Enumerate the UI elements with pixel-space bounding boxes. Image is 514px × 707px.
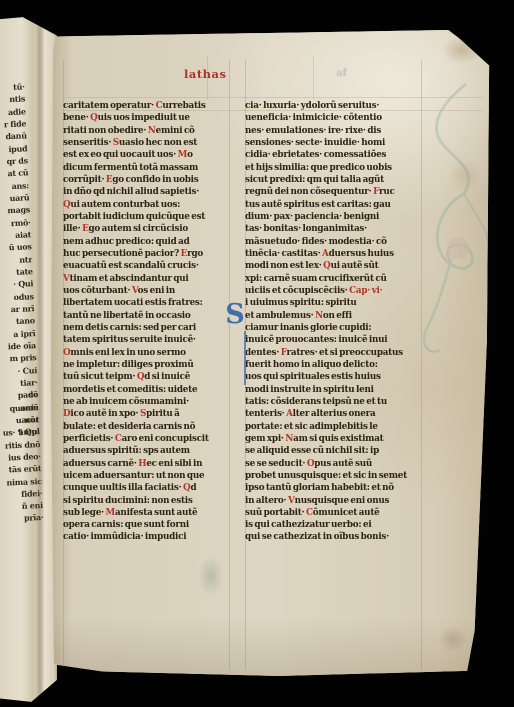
text-line: ciamur inanis glorie cupidi:	[245, 322, 422, 334]
ruling-line	[229, 60, 230, 670]
text-line: bene· Quis uos impediuit ue	[63, 112, 229, 124]
text-segment: tantũ ne libertatẽ in occasio	[63, 311, 190, 321]
text-segment: et hijs similia: que predico uobis	[245, 163, 392, 173]
text-segment: huc persecutionẽ pacior?	[63, 249, 181, 259]
text-segment: N	[148, 126, 156, 136]
text-segment: d si inuicẽ	[144, 372, 190, 382]
text-segment: modi instruite in spiritu leni	[245, 385, 374, 395]
text-segment: ille·	[63, 224, 82, 234]
text-line: Qui autem conturbat uos:	[63, 199, 229, 211]
text-segment: ciamur inanis glorie cupidi:	[245, 323, 371, 333]
text-segment: in altero·	[245, 496, 288, 506]
text-segment: ui autẽ sũt	[331, 261, 379, 271]
text-line: fuerit homo in aliquo delicto:	[245, 359, 422, 371]
text-segment: qui se cathezizat in oĩbus bonis·	[245, 532, 389, 542]
text-segment: tas· bonitas· longanimitas·	[245, 224, 367, 234]
text-line: is qui cathezizatur uerbo: ei	[245, 519, 422, 531]
text-line: si spiritu ducimini: non estis	[63, 495, 229, 507]
text-segment: Q	[323, 261, 330, 271]
text-line: libertatem uocati estis fratres:	[63, 297, 229, 309]
text-line: portabit iudicium quicũque est	[63, 211, 229, 223]
text-line: gem xpi· Nam si quis existimat	[245, 433, 422, 445]
text-line: cidia· ebrietates· comessatiões	[245, 149, 422, 161]
text-segment: uis uos impediuit ue	[98, 113, 190, 123]
text-line: portate: et sic adimplebitis le	[245, 421, 422, 433]
text-line: in dño qd nichil aliud sapietis·	[63, 186, 229, 198]
page-curl-shadow	[35, 15, 45, 704]
text-line: aduersus carnẽ· Hec eni sibi in	[63, 458, 229, 470]
text-line: est ex eo qui uocauit uos· Mo	[63, 149, 229, 161]
facing-text-fragment: m pris	[0, 351, 37, 365]
text-segment: go confido in uobis	[112, 175, 198, 185]
text-segment: portabit iudicium quicũque est	[63, 212, 205, 222]
text-line: tinẽcia· castitas· Aduersus huius	[245, 248, 422, 260]
text-segment: Cap· vi·	[349, 286, 382, 296]
text-segment: uos qui spirituales estis huius	[245, 372, 381, 382]
text-segment: urrebatis	[162, 101, 205, 111]
text-line: uiciis et cõcupiscẽciis· Cap· vi·	[245, 285, 422, 297]
text-segment: se aliquid esse cũ nichil sit: ip	[245, 446, 379, 456]
text-segment: mnis eni lex in uno sermo	[70, 348, 185, 358]
text-line: dium· pax· paciencia· benigni	[245, 211, 422, 223]
text-segment: corrũpit·	[63, 175, 106, 185]
text-line: dentes· Fratres· et si preoccupatus	[245, 347, 422, 359]
text-segment: dium· pax· paciencia· benigni	[245, 212, 379, 222]
text-line: Omnis eni lex in uno sermo	[63, 347, 229, 359]
text-segment: lter alterius onera	[293, 409, 376, 419]
text-line: i uiuimus spiritu: spiritu	[245, 297, 422, 309]
text-line: caritatem operatur· Currebatis	[63, 100, 229, 112]
text-line: sensiones· secte· inuidie· homi	[245, 137, 422, 149]
text-segment: ratres· et si preoccupatus	[287, 348, 403, 358]
text-segment: caritatem operatur·	[63, 101, 156, 111]
text-line: tatem spiritus seruite inuicẽ·	[63, 334, 229, 346]
text-column-right: cia· luxuria· ydolorũ seruitus·ueneficia…	[245, 100, 422, 544]
text-segment: probet unusquisque: et sic in semet	[245, 471, 407, 481]
text-segment: ruc	[379, 187, 395, 197]
text-segment: aduersus carnẽ·	[63, 459, 138, 469]
manuscript-page: lathas af caritatem operatur· Currebatis…	[50, 30, 490, 676]
text-segment: cia· luxuria· ydolorũ seruitus·	[245, 101, 379, 111]
text-segment: anifesta sunt autẽ	[115, 508, 197, 518]
facing-page-edge: tū·ntisadier fidedanūipudqr dsat cūans:u…	[0, 15, 57, 704]
text-segment: perficietis·	[63, 434, 115, 444]
text-segment: cidia· ebrietates· comessatiões	[245, 150, 386, 160]
text-line: Dico autẽ in xpo· Spiritu ã	[63, 408, 229, 420]
text-line: et hijs similia: que predico uobis	[245, 162, 422, 174]
text-line: sub lege· Manifesta sunt autẽ	[63, 507, 229, 519]
text-segment: sensiones· secte· inuidie· homi	[245, 138, 385, 148]
text-line: nes· emulationes· ire· rixe· dis	[245, 125, 422, 137]
facing-text-fragment: ū uos	[0, 240, 32, 254]
text-segment: C	[115, 434, 122, 444]
text-line: ille· Ego autem si circũcisio	[63, 223, 229, 235]
text-segment: nes· emulationes· ire· rixe· dis	[245, 126, 381, 136]
text-segment: i uiuimus spiritu: spiritu	[245, 298, 357, 308]
text-line: tantũ ne libertatẽ in occasio	[63, 310, 229, 322]
text-segment: ritati non obedire·	[63, 126, 148, 136]
text-line: perficietis· Caro eni concupiscit	[63, 433, 229, 445]
text-line: cunque uultis illa faciatis· Qd	[63, 482, 229, 494]
text-segment: et ambulemus·	[245, 311, 315, 321]
text-segment: gem xpi·	[245, 434, 285, 444]
text-line: inuicẽ prouocantes: inuicẽ inui	[245, 334, 422, 346]
text-segment: nem detis carnis: sed per cari	[63, 323, 196, 333]
text-line: tuũ sicut teipm· Qd si inuicẽ	[63, 371, 229, 383]
text-segment: piritu ã	[146, 409, 180, 419]
text-line: nem adhuc predico: quid ad	[63, 236, 229, 248]
text-segment: M	[178, 150, 188, 160]
page-bottom-shadow	[50, 616, 490, 676]
text-segment: o	[187, 150, 193, 160]
text-line: ne ab inuicem cõsumamini·	[63, 396, 229, 408]
text-segment: V	[288, 496, 295, 506]
text-segment: tinam et abscindantur qui	[70, 274, 189, 284]
text-segment: nusquisque eni onus	[295, 496, 390, 506]
text-line: uicem aduersantur: ut non que	[63, 470, 229, 482]
text-segment: aro eni concupiscit	[122, 434, 209, 444]
text-segment: V	[63, 274, 70, 284]
text-segment: d	[190, 483, 196, 493]
text-segment: M	[105, 508, 115, 518]
text-line: probet unusquisque: et sic in semet	[245, 470, 422, 482]
text-segment: A	[322, 249, 329, 259]
text-segment: modi non est lex·	[245, 261, 323, 271]
running-title: lathas	[184, 67, 226, 81]
text-segment: xpi: carnẽ suam crucifixerũt cũ	[245, 274, 387, 284]
text-segment: uasio hec non est	[119, 138, 197, 148]
text-segment: fuerit homo in aliquo delicto:	[245, 360, 378, 370]
text-segment: mordetis et comeditis: uidete	[63, 385, 197, 395]
text-line: in altero· Vnusquisque eni onus	[245, 495, 422, 507]
text-line: uos qui spirituales estis huius	[245, 371, 422, 383]
text-line: nem detis carnis: sed per cari	[63, 322, 229, 334]
text-segment: tatem spiritus seruite inuicẽ·	[63, 335, 196, 345]
parchment-stain	[442, 36, 482, 64]
facing-text-fragment: · Qui	[0, 277, 33, 291]
text-segment: ec eni sibi in	[146, 459, 202, 469]
text-segment: tus autẽ spiritus est caritas: gau	[245, 200, 391, 210]
initial-flourish-tail	[244, 331, 246, 385]
text-line: mãsuetudo· fides· modestia· cõ	[245, 236, 422, 248]
text-segment: õmunicet autẽ	[313, 508, 380, 518]
ruling-line	[313, 56, 314, 100]
text-segment: ui autem conturbat uos:	[70, 200, 180, 210]
text-segment: bene·	[63, 113, 90, 123]
text-segment: rgo	[187, 249, 203, 259]
text-segment: uiciis et cõcupiscẽciis·	[245, 286, 349, 296]
text-segment: tuũ sicut teipm·	[63, 372, 137, 382]
text-segment: euacuatũ est scandalũ crucis·	[63, 261, 199, 271]
text-line: mordetis et comeditis: uidete	[63, 384, 229, 396]
text-line: regnũ dei non cõsequentur· Fruc	[245, 186, 422, 198]
text-segment: senseritis·	[63, 138, 113, 148]
illuminated-initial: S	[223, 301, 247, 331]
text-segment: regnũ dei non cõsequentur·	[245, 187, 373, 197]
text-line: tenteris· Alter alterius onera	[245, 408, 422, 420]
manuscript-photo: tū·ntisadier fidedanūipudqr dsat cūans:u…	[0, 0, 514, 707]
text-line: se se seducit· Opus autẽ suũ	[245, 458, 422, 470]
text-segment: uos cõturbant·	[63, 286, 132, 296]
text-segment: is qui cathezizatur uerbo: ei	[245, 520, 371, 530]
text-line: qui se cathezizat in oĩbus bonis·	[245, 531, 422, 543]
text-line: catio· immũdicia· impudici	[63, 531, 229, 543]
text-segment: Q	[90, 113, 97, 123]
text-segment: ne ab inuicem cõsumamini·	[63, 397, 189, 407]
text-line: se aliquid esse cũ nichil sit: ip	[245, 445, 422, 457]
text-segment: A	[286, 409, 293, 419]
text-line: corrũpit· Ego confido in uobis	[63, 174, 229, 186]
text-segment: est ex eo qui uocauit uos·	[63, 150, 178, 160]
text-segment: N	[285, 434, 293, 444]
parchment-stain	[198, 555, 224, 597]
text-segment: se se seducit·	[245, 459, 307, 469]
text-segment: ueneficia· inimicicie· cõtentio	[245, 113, 382, 123]
text-segment: in dño qd nichil aliud sapietis·	[63, 187, 199, 197]
text-segment: bulate: et desideria carnis nõ	[63, 422, 195, 432]
text-segment: sicut predixi: qm qui talia agũt	[245, 175, 384, 185]
text-line: et ambulemus· Non effi	[245, 310, 422, 322]
text-segment: dicum fermentũ totã massam	[63, 163, 198, 173]
text-line: ne impletur: diliges proximũ	[63, 359, 229, 371]
text-segment: suũ portabit·	[245, 508, 306, 518]
text-line: dicum fermentũ totã massam	[63, 162, 229, 174]
text-column-left: caritatem operatur· Currebatisbene· Quis…	[63, 100, 229, 544]
text-segment: C	[306, 508, 313, 518]
text-segment: on effi	[323, 311, 352, 321]
text-segment: mãsuetudo· fides· modestia· cõ	[245, 237, 387, 247]
text-segment: tinẽcia· castitas·	[245, 249, 322, 259]
text-line: tas· bonitas· longanimitas·	[245, 223, 422, 235]
text-segment: ne impletur: diliges proximũ	[63, 360, 193, 370]
text-line: aduersus spiritũ: sps autem	[63, 445, 229, 457]
text-segment: duersus huius	[329, 249, 394, 259]
text-line: Vtinam et abscindantur qui	[63, 273, 229, 285]
text-segment: nem adhuc predico: quid ad	[63, 237, 190, 247]
text-line: tatis: cõsiderans teipsũ ne et tu	[245, 396, 422, 408]
text-line: ueneficia· inimicicie· cõtentio	[245, 112, 422, 124]
text-segment: sub lege·	[63, 508, 105, 518]
text-segment: aduersus spiritũ: sps autem	[63, 446, 190, 456]
text-segment: tatis: cõsiderans teipsũ ne et tu	[245, 397, 387, 407]
running-title-showthrough: af	[336, 68, 347, 79]
text-segment: uicem aduersantur: ut non que	[63, 471, 204, 481]
text-line: xpi: carnẽ suam crucifixerũt cũ	[245, 273, 422, 285]
text-line: modi non est lex· Qui autẽ sũt	[245, 260, 422, 272]
text-segment: si spiritu ducimini: non estis	[63, 496, 193, 506]
text-line: tus autẽ spiritus est caritas: gau	[245, 199, 422, 211]
text-line: huc persecutionẽ pacior? Ergo	[63, 248, 229, 260]
text-segment: cunque uultis illa faciatis·	[63, 483, 183, 493]
text-segment: dentes·	[245, 348, 281, 358]
text-segment: inuicẽ prouocantes: inuicẽ inui	[245, 335, 387, 345]
text-segment: libertatem uocati estis fratres:	[63, 298, 203, 308]
text-segment: N	[315, 311, 323, 321]
text-segment: go autem si circũcisio	[89, 224, 188, 234]
text-segment: tenteris·	[245, 409, 286, 419]
text-line: euacuatũ est scandalũ crucis·	[63, 260, 229, 272]
text-segment: pus autẽ suũ	[314, 459, 372, 469]
facing-text-fragment: tano	[0, 314, 35, 328]
text-line: opera carnis: que sunt forni	[63, 519, 229, 531]
text-segment: emini cõ	[156, 126, 195, 136]
text-segment: ipso tantũ gloriam habebit: et nõ	[245, 483, 394, 493]
text-line: ipso tantũ gloriam habebit: et nõ	[245, 482, 422, 494]
text-segment: opera carnis: que sunt forni	[63, 520, 189, 530]
text-segment: catio· immũdicia· impudici	[63, 532, 186, 542]
text-segment: ico autẽ in xpo·	[70, 409, 140, 419]
text-line: bulate: et desideria carnis nõ	[63, 421, 229, 433]
text-line: sicut predixi: qm qui talia agũt	[245, 174, 422, 186]
text-line: ritati non obedire· Nemini cõ	[63, 125, 229, 137]
text-line: uos cõturbant· Vos eni in	[63, 285, 229, 297]
parchment-stain	[448, 158, 482, 192]
text-line: modi instruite in spiritu leni	[245, 384, 422, 396]
text-line: suũ portabit· Cõmunicet autẽ	[245, 507, 422, 519]
text-segment: portate: et sic adimplebitis le	[245, 422, 378, 432]
text-line: cia· luxuria· ydolorũ seruitus·	[245, 100, 422, 112]
text-line: senseritis· Suasio hec non est	[63, 137, 229, 149]
text-segment: os eni in	[138, 286, 175, 296]
text-segment: am si quis existimat	[293, 434, 383, 444]
